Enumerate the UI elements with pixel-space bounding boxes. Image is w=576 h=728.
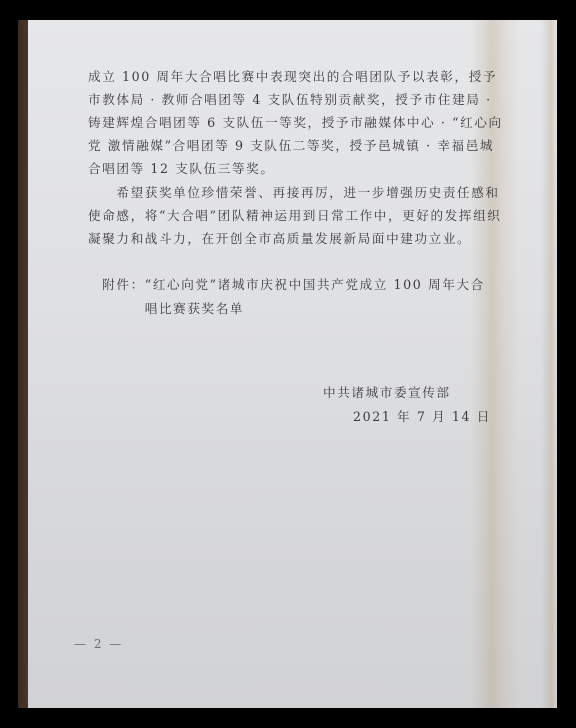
issue-date: 2021 年 7 月 14 日 [353,406,491,425]
text-line: 党 激情融媒”合唱团等 9 支队伍二等奖，授予邑城镇 · 幸福邑城 [88,135,494,154]
text-line: 使命感，将“大合唱”团队精神运用到日常工作中，更好的发挥组织 [88,205,502,224]
text-line: 市教体局 · 教师合唱团等 4 支队伍特别贡献奖，授予市住建局 · [88,89,492,108]
background-edge [18,20,28,708]
text-line: 合唱团等 12 支队伍三等奖。 [88,158,275,177]
text-line: 凝聚力和战斗力，在开创全市高质量发展新局面中建功立业。 [88,228,471,247]
text-line: 附件：“红心向党”诸城市庆祝中国共产党成立 100 周年大合 [88,274,485,293]
text-line: 成立 100 周年大合唱比赛中表现突出的合唱团队予以表彰，授予 [88,66,497,85]
document-photo: 成立 100 周年大合唱比赛中表现突出的合唱团队予以表彰，授予 市教体局 · 教… [18,20,557,708]
issuing-organization: 中共诸城市委宣传部 [323,382,451,401]
text-line: 希望获奖单位珍惜荣誉、再接再厉，进一步增强历史责任感和 [88,182,500,201]
text-line: 唱比赛获奖名单 [88,298,244,317]
page-number: — 2 — [74,637,123,651]
text-line: 铸建辉煌合唱团等 6 支队伍一等奖，授予市融媒体中心 · “红心向 [88,112,503,131]
